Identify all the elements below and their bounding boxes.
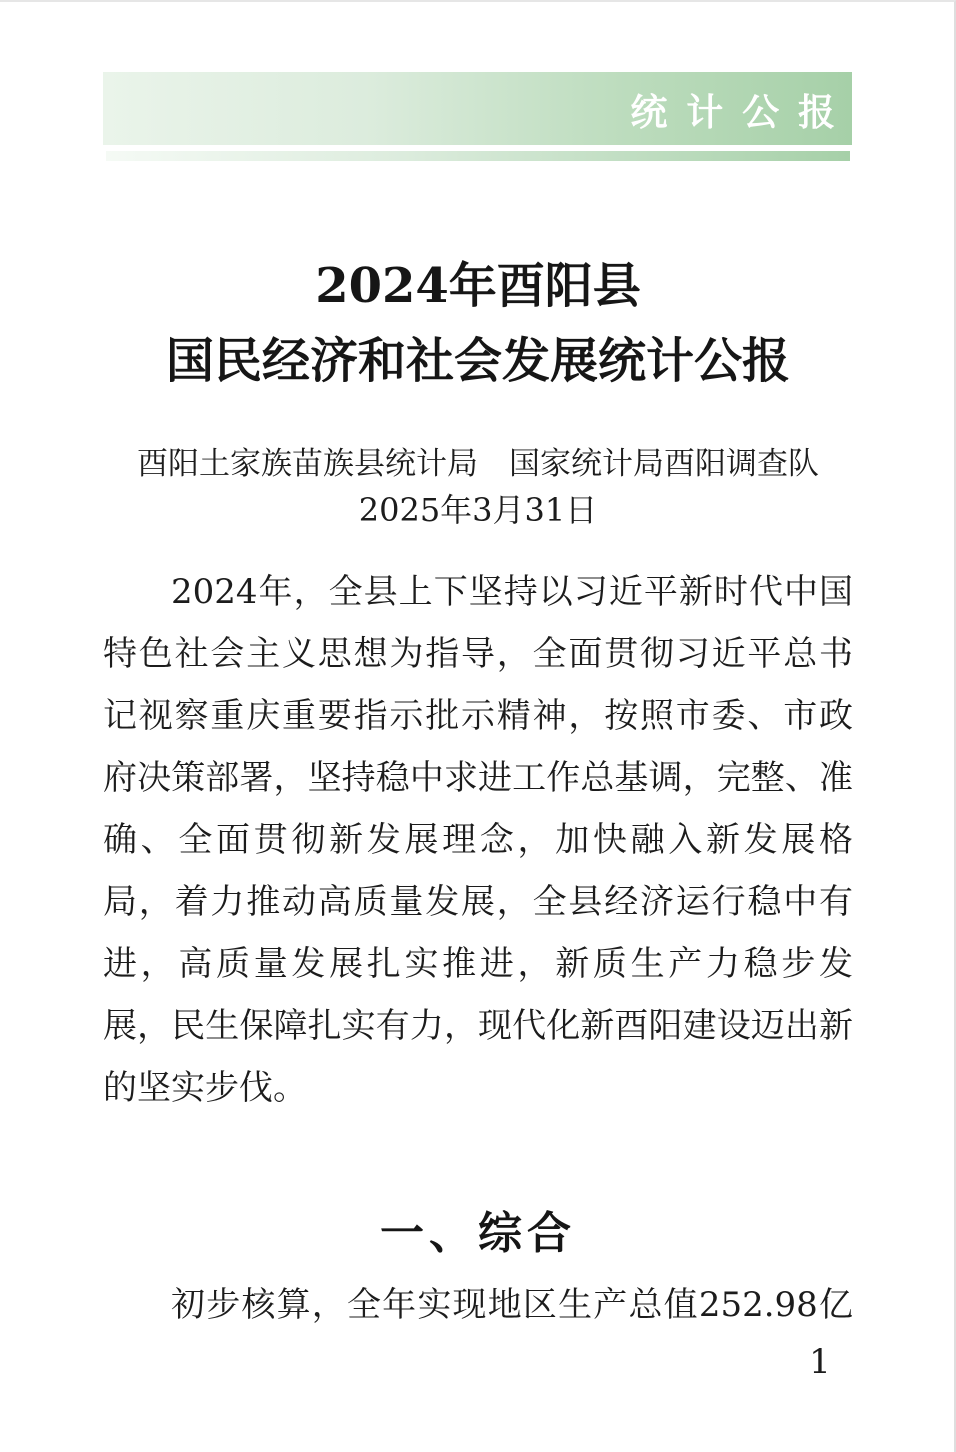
document-page: 统 计 公 报 2024年酉阳县 国民经济和社会发展统计公报 酉阳土家族苗族县统… <box>0 0 956 1452</box>
header-banner: 统 计 公 报 <box>103 72 852 145</box>
paragraph-line: 进，高质量发展扎实推进，新质生产力稳步发 <box>103 933 853 995</box>
header-banner-label: 统 计 公 报 <box>630 82 838 136</box>
intro-paragraph: 2024年，全县上下坚持以习近平新时代中国 特色社会主义思想为指导，全面贯彻习近… <box>103 561 853 1119</box>
paragraph-line: 确、全面贯彻新发展理念，加快融入新发展格 <box>103 809 853 871</box>
paragraph-line: 府决策部署，坚持稳中求进工作总基调，完整、准 <box>103 747 853 809</box>
paragraph-line: 初步核算，全年实现地区生产总值252.98亿 <box>103 1274 853 1336</box>
section-paragraph: 初步核算，全年实现地区生产总值252.98亿 <box>103 1274 853 1336</box>
document-title-line2: 国民经济和社会发展统计公报 <box>103 332 853 390</box>
paragraph-line: 记视察重庆重要指示批示精神，按照市委、市政 <box>103 685 853 747</box>
document-title-line1: 2024年酉阳县 <box>103 257 853 315</box>
page-number: 1 <box>795 1342 845 1382</box>
issuing-agencies: 酉阳土家族苗族县统计局 国家统计局酉阳调查队 <box>103 445 853 483</box>
publication-date: 2025年3月31日 <box>103 491 853 529</box>
section-heading: 一、综合 <box>103 1207 853 1261</box>
header-accent-strip <box>106 151 850 161</box>
paragraph-line: 局，着力推动高质量发展，全县经济运行稳中有 <box>103 871 853 933</box>
paragraph-line: 展，民生保障扎实有力，现代化新酉阳建设迈出新 <box>103 995 853 1057</box>
paragraph-line: 2024年，全县上下坚持以习近平新时代中国 <box>103 561 853 623</box>
paragraph-line: 特色社会主义思想为指导，全面贯彻习近平总书 <box>103 623 853 685</box>
paragraph-line: 的坚实步伐。 <box>103 1057 853 1119</box>
